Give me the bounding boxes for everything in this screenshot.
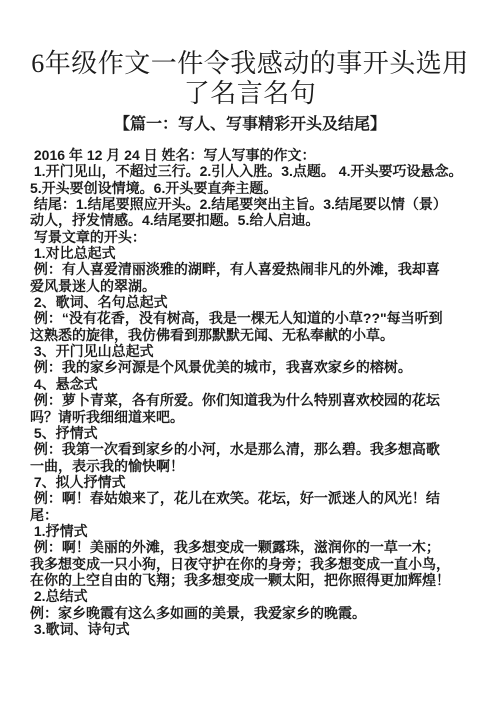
body-line: 例：我的家乡河源是个风景优美的城市，我喜欢家乡的榕树。 [30, 359, 482, 375]
body-line: 1.对比总起式 [30, 245, 482, 261]
document-title: 6年级作文一件令我感动的事开头选用 了名言名句 [0, 0, 500, 109]
body-line: 例：我第一次看到家乡的小河，水是那么清，那么碧。我多想高歌 [30, 441, 482, 457]
body-line: 在你的上空自由的飞翔；我多想变成一颗太阳，把你照得更加辉煌！ [30, 572, 482, 588]
body-line: 5.开头要创设情境。6.开头要直奔主题。 [30, 180, 482, 196]
body-line: 动人，抒发情感。4.结尾要扣题。5.给人启迪。 [30, 212, 482, 228]
body-line: 例：“没有花香，没有树高，我是一棵无人知道的小草??"每当听到 [30, 310, 482, 326]
body-line: 例：有人喜爱清丽淡雅的湖畔，有人喜爱热闹非凡的外滩，我却喜 [30, 261, 482, 277]
title-line-1: 6年级作文一件令我感动的事开头选用 [0, 49, 500, 79]
body-line: 1.开门见山，不超过三行。2.引人入胜。3.点题。 4.开头要巧设悬念。 [30, 163, 482, 179]
body-line: 一曲，表示我的愉快啊！ [30, 458, 482, 474]
body-line: 尾： [30, 507, 482, 523]
body-line: 吗？请听我细细道来吧。 [30, 409, 482, 425]
body-line: 例：家乡晚霞有这么多如画的美景，我爱家乡的晚霞。 [30, 605, 482, 621]
body-line: 5、抒情式 [30, 425, 482, 441]
body-line: 爱风景迷人的翠湖。 [30, 278, 482, 294]
body-line: 4、悬念式 [30, 376, 482, 392]
body-line: 写景文章的开头： [30, 229, 482, 245]
body-line: 3、开门见山总起式 [30, 343, 482, 359]
body-line: 7、拟人抒情式 [30, 474, 482, 490]
body-line: 3.歌词、诗句式 [30, 621, 482, 637]
body-line: 1.抒情式 [30, 523, 482, 539]
body-line: 结尾：1.结尾要照应开头。2.结尾要突出主旨。3.结尾要以情（景） [30, 196, 482, 212]
section-subtitle: 【篇一：写人、写事精彩开头及结尾】 [0, 115, 500, 134]
body-line: 例：萝卜青菜，各有所爱。你们知道我为什么特别喜欢校园的花坛 [30, 392, 482, 408]
body-line: 我多想变成一只小狗，日夜守护在你的身旁；我多想变成一直小鸟， [30, 556, 482, 572]
body-line: 这熟悉的旋律，我仿佛看到那默默无闻、无私奉献的小草。 [30, 327, 482, 343]
body-line: 例：啊！春姑娘来了，花儿在欢笑。花坛，好一派迷人的风光！结 [30, 490, 482, 506]
body-line: 2016 年 12 月 24 日 姓名：写人写事的作文： [30, 147, 482, 163]
title-line-2: 了名言名句 [0, 79, 500, 109]
body-line: 例：啊！美丽的外滩，我多想变成一颗露珠，滋润你的一草一木； [30, 539, 482, 555]
body-line: 2、歌词、名句总起式 [30, 294, 482, 310]
document-page: 6年级作文一件令我感动的事开头选用 了名言名句 【篇一：写人、写事精彩开头及结尾… [0, 0, 500, 707]
body-line: 2.总结式 [30, 588, 482, 604]
body-text: 2016 年 12 月 24 日 姓名：写人写事的作文： 1.开门见山，不超过三… [0, 147, 500, 637]
